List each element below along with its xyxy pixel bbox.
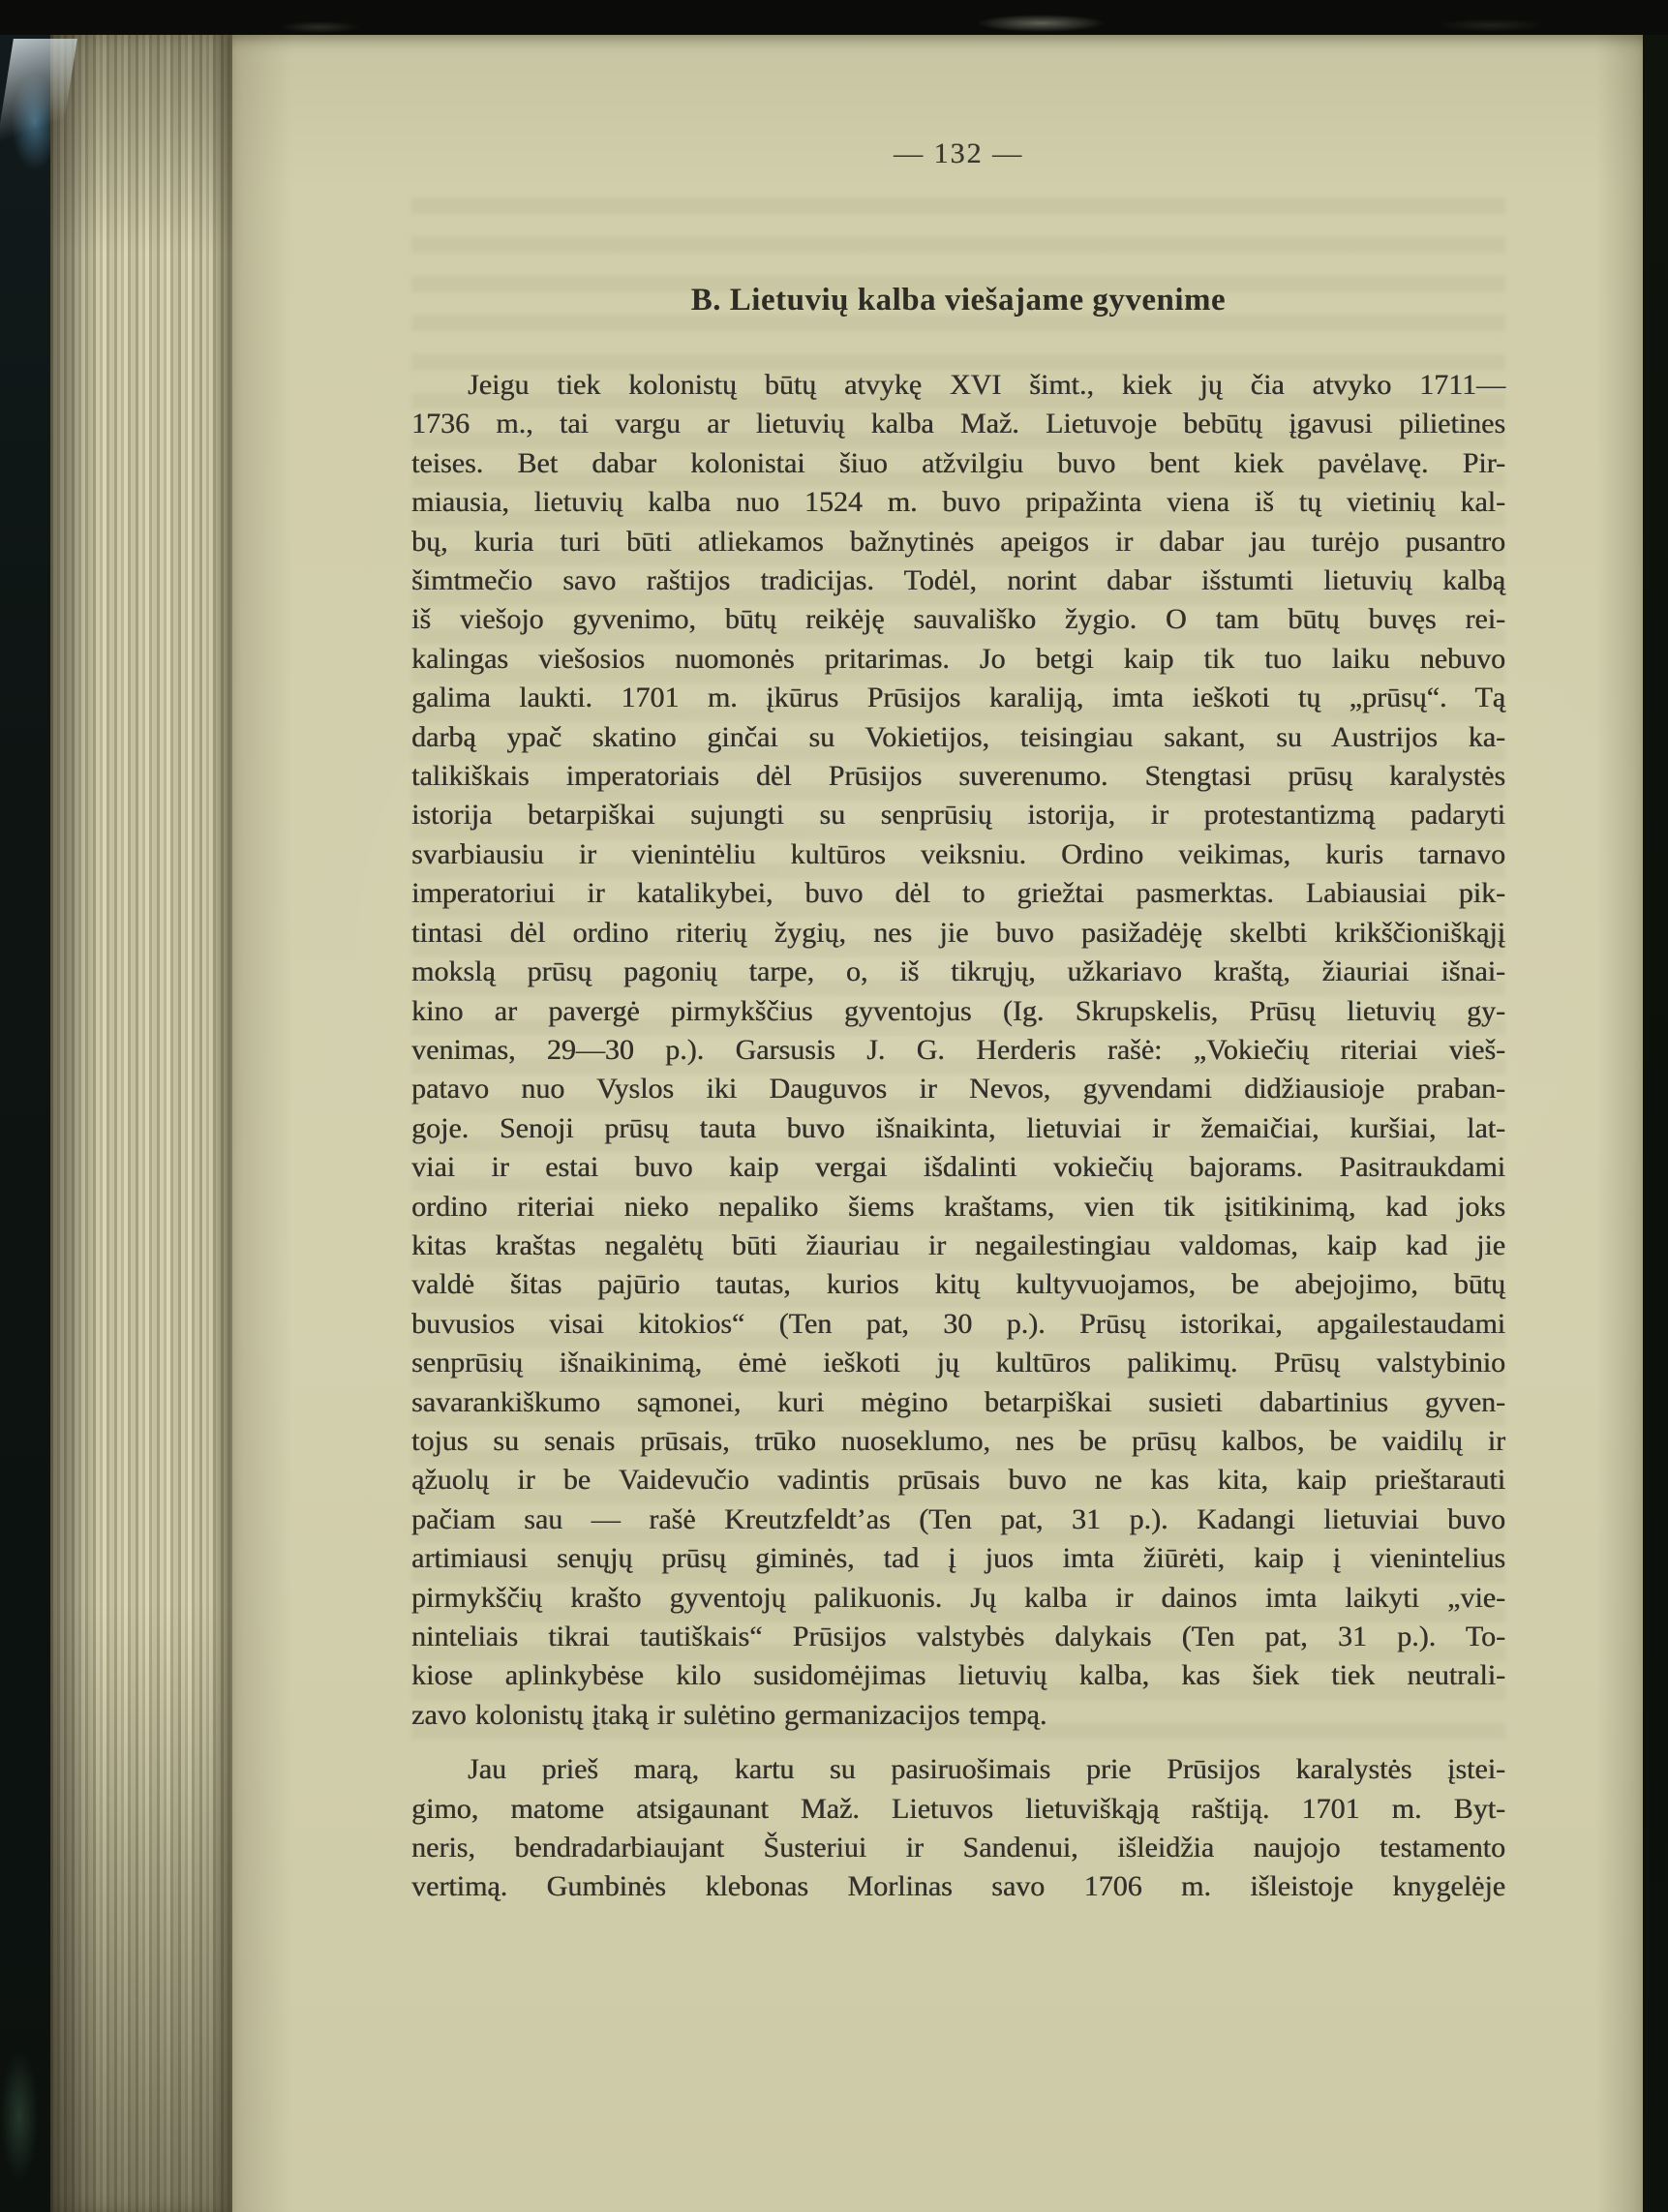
text-line: imperatoriui ir katalikybei, buvo dėl to…	[411, 874, 1505, 913]
text-line: mokslą prūsų pagonių tarpe, o, iš tikrųj…	[411, 953, 1505, 991]
text-line: viai ir estai buvo kaip vergai išdalinti…	[411, 1148, 1505, 1187]
text-line: šimtmečio savo raštijos tradicijas. Todė…	[411, 561, 1505, 600]
text-line: istorija betarpiškai sujungti su senprūs…	[411, 796, 1505, 834]
text-line: artimiausi senųjų prūsų giminės, tad į j…	[411, 1539, 1505, 1578]
text-line: buvusios visai kitokios“ (Ten pat, 30 p.…	[411, 1305, 1505, 1344]
text-line: ordino riteriai nieko nepaliko šiems kra…	[411, 1188, 1505, 1227]
scanned-page: — 132 — B. Lietuvių kalba viešajame gyve…	[232, 35, 1643, 2212]
text-line: goje. Senoji prūsų tauta buvo išnaikinta…	[411, 1109, 1505, 1148]
text-line: ąžuolų ir be Vaidevučio vadintis prūsais…	[411, 1461, 1505, 1500]
paragraph: Jeigu tiek kolonistų būtų atvykę XVI šim…	[411, 366, 1505, 1735]
text-line: pirmykščių krašto gyventojų palikuonis. …	[411, 1579, 1505, 1618]
text-line: vertimą. Gumbinės klebonas Morlinas savo…	[411, 1867, 1505, 1906]
text-line: Jeigu tiek kolonistų būtų atvykę XVI šim…	[411, 366, 1505, 405]
text-line: tintasi dėl ordino riterių žygių, nes ji…	[411, 914, 1505, 953]
text-line: valdė šitas pajūrio tautas, kurios kitų …	[411, 1265, 1505, 1304]
text-line: tojus su senais prūsais, trūko nuoseklum…	[411, 1422, 1505, 1461]
text-line: patavo nuo Vyslos iki Dauguvos ir Nevos,…	[411, 1070, 1505, 1108]
text-line: savarankiškumo sąmonei, kuri mėgino beta…	[411, 1383, 1505, 1422]
text-line: kiose aplinkybėse kilo susidomėjimas lie…	[411, 1656, 1505, 1695]
text-line: venimas, 29—30 p.). Garsusis J. G. Herde…	[411, 1031, 1505, 1070]
page-number: — 132 —	[411, 137, 1505, 170]
text-line: kitas kraštas negalėtų būti žiauriau ir …	[411, 1227, 1505, 1265]
text-line: pačiam sau — rašė Kreutzfeldt’as (Ten pa…	[411, 1500, 1505, 1539]
text-line: talikiškais imperatoriais dėl Prūsijos s…	[411, 757, 1505, 796]
text-line: Jau prieš marą, kartu su pasiruošimais p…	[411, 1750, 1505, 1789]
text-line: kino ar pavergė pirmykščius gyventojus (…	[411, 992, 1505, 1031]
body-text: Jeigu tiek kolonistų būtų atvykę XVI šim…	[411, 366, 1505, 1923]
paragraph: Jau prieš marą, kartu su pasiruošimais p…	[411, 1750, 1505, 1907]
text-line: teises. Bet dabar kolonistai šiuo atžvil…	[411, 444, 1505, 483]
text-line: kalingas viešosios nuomonės pritarimas. …	[411, 640, 1505, 679]
text-line: iš viešojo gyvenimo, būtų reikėję sauval…	[411, 600, 1505, 639]
book-cover-edge	[0, 35, 50, 2212]
scan-top-black-edge	[0, 0, 1668, 35]
text-line: 1736 m., tai vargu ar lietuvių kalba Maž…	[411, 405, 1505, 443]
text-line: ninteliais tikrai tautiškais“ Prūsijos v…	[411, 1618, 1505, 1656]
text-line: svarbiausiu ir vienintėliu kultūros veik…	[411, 835, 1505, 874]
book-scan: — 132 — B. Lietuvių kalba viešajame gyve…	[0, 0, 1668, 2212]
text-line: bų, kuria turi būti atliekamos bažnytinė…	[411, 523, 1505, 561]
text-line: gimo, matome atsigaunant Maž. Lietuvos l…	[411, 1790, 1505, 1829]
text-line: darbą ypač skatino ginčai su Vokietijos,…	[411, 718, 1505, 757]
text-line: neris, bendradarbiaujant Šusteriui ir Sa…	[411, 1829, 1505, 1867]
text-line: miausia, lietuvių kalba nuo 1524 m. buvo…	[411, 483, 1505, 522]
book-left-side	[0, 35, 232, 2212]
text-line: zavo kolonistų įtaką ir sulėtino germani…	[411, 1696, 1505, 1735]
text-line: senprūsių išnaikinimą, ėmė ieškoti jų ku…	[411, 1344, 1505, 1382]
book-right-cover-edge	[1643, 0, 1668, 2212]
text-line: galima laukti. 1701 m. įkūrus Prūsijos k…	[411, 679, 1505, 717]
book-page-edges	[50, 35, 232, 2212]
section-heading: B. Lietuvių kalba viešajame gyvenime	[411, 283, 1505, 318]
